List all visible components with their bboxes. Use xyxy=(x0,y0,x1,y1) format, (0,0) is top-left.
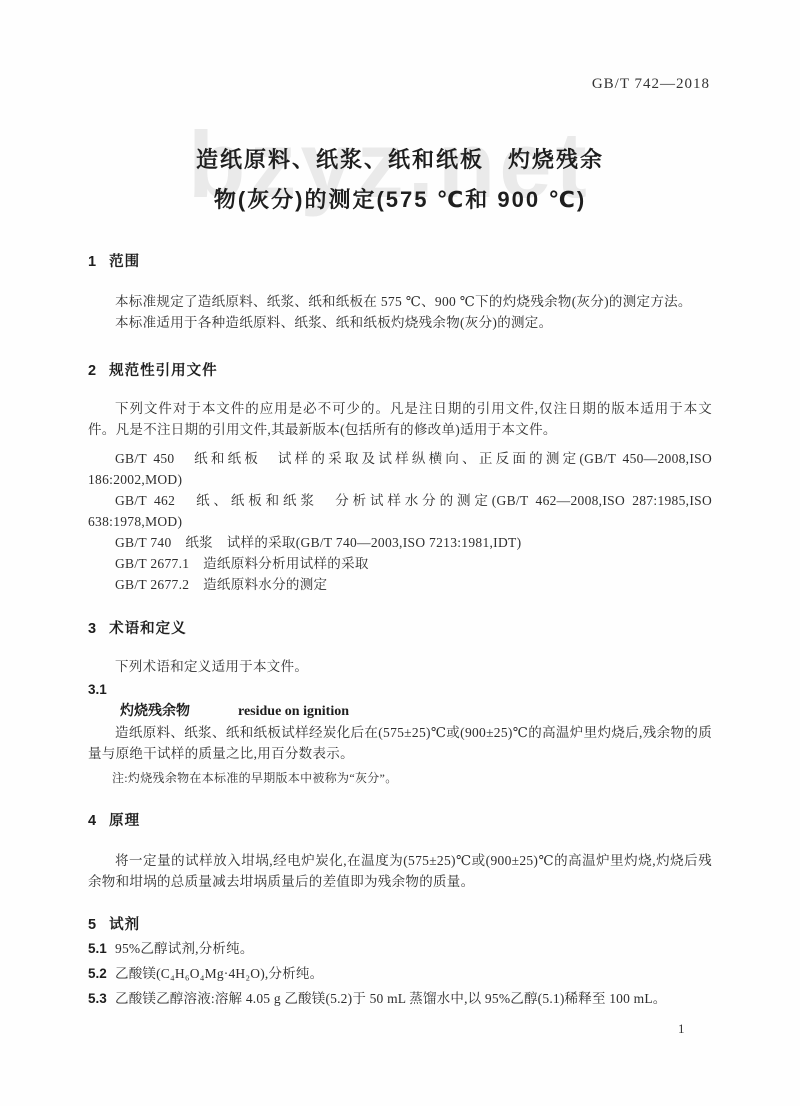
term-english: residue on ignition xyxy=(206,701,349,722)
section-number: 1 xyxy=(88,254,97,270)
section-number: 5 xyxy=(88,917,97,933)
term-definition-text: 造纸原料、纸浆、纸和纸板试样经炭化后在(575±25)℃或(900±25)℃的高… xyxy=(88,722,712,764)
term-item-number: 3.1 xyxy=(88,679,712,700)
page-number: 1 xyxy=(678,1021,685,1037)
section-number: 4 xyxy=(88,813,97,829)
reagent-item: 5.2 乙酸镁(C₄H₆O₄Mg·4H₂O),分析纯。 xyxy=(88,963,712,984)
document-title-line1: 造纸原料、纸浆、纸和纸板 灼烧残余 xyxy=(0,140,800,180)
terms-intro: 下列术语和定义适用于本文件。 xyxy=(88,656,712,677)
document-body: 1 范围 本标准规定了造纸原料、纸浆、纸和纸板在 575 ℃、900 ℃下的灼烧… xyxy=(88,250,712,1009)
section-title: 规范性引用文件 xyxy=(109,359,218,380)
reagent-number: 5.3 xyxy=(88,988,115,1009)
reference-item: GB/T 462 纸、纸板和纸浆 分析试样水分的测定(GB/T 462—2008… xyxy=(88,490,712,532)
term-note: 注:灼烧残余物在本标准的早期版本中被称为“灰分”。 xyxy=(88,769,712,787)
section-number: 3 xyxy=(88,621,97,637)
reference-item: GB/T 740 纸浆 试样的采取(GB/T 740—2003,ISO 7213… xyxy=(88,532,712,553)
document-page: GB/T 742—2018 bzyz.net 造纸原料、纸浆、纸和纸板 灼烧残余… xyxy=(0,0,800,1106)
reagent-text: 95%乙醇试剂,分析纯。 xyxy=(115,938,254,959)
reagent-item: 5.3 乙酸镁乙醇溶液:溶解 4.05 g 乙酸镁(5.2)于 50 mL 蒸馏… xyxy=(88,988,712,1009)
section-number: 2 xyxy=(88,363,97,379)
scope-paragraph-2: 本标准适用于各种造纸原料、纸浆、纸和纸板灼烧残余物(灰分)的测定。 xyxy=(88,312,712,333)
section-title: 术语和定义 xyxy=(109,617,187,638)
section-heading-principle: 4 原理 xyxy=(88,809,712,830)
reference-item: GB/T 450 纸和纸板 试样的采取及试样纵横向、正反面的测定(GB/T 45… xyxy=(88,448,712,490)
normative-intro: 下列文件对于本文件的应用是必不可少的。凡是注日期的引用文件,仅注日期的版本适用于… xyxy=(88,398,712,440)
section-title: 试剂 xyxy=(109,913,140,934)
reference-item: GB/T 2677.1 造纸原料分析用试样的采取 xyxy=(88,553,712,574)
section-heading-terms: 3 术语和定义 xyxy=(88,617,712,638)
reagent-text: 乙酸镁(C₄H₆O₄Mg·4H₂O),分析纯。 xyxy=(115,963,323,984)
section-title: 范围 xyxy=(109,250,140,271)
section-heading-reagents: 5 试剂 xyxy=(88,913,712,934)
reagent-text: 乙酸镁乙醇溶液:溶解 4.05 g 乙酸镁(5.2)于 50 mL 蒸馏水中,以… xyxy=(115,988,667,1009)
term-definition-heading: 灼烧残余物 residue on ignition xyxy=(88,700,712,722)
reagent-item: 5.1 95%乙醇试剂,分析纯。 xyxy=(88,938,712,959)
reagent-number: 5.1 xyxy=(88,938,115,959)
term-chinese: 灼烧残余物 xyxy=(88,700,190,721)
section-title: 原理 xyxy=(109,809,140,830)
reference-item: GB/T 2677.2 造纸原料水分的测定 xyxy=(88,574,712,595)
reagent-number: 5.2 xyxy=(88,963,115,984)
section-heading-scope: 1 范围 xyxy=(88,250,712,271)
principle-paragraph: 将一定量的试样放入坩埚,经电炉炭化,在温度为(575±25)℃或(900±25)… xyxy=(88,850,712,892)
scope-paragraph-1: 本标准规定了造纸原料、纸浆、纸和纸板在 575 ℃、900 ℃下的灼烧残余物(灰… xyxy=(88,291,712,312)
document-title-line2: 物(灰分)的测定(575 ℃和 900 ℃) xyxy=(0,180,800,220)
document-title: 造纸原料、纸浆、纸和纸板 灼烧残余 物(灰分)的测定(575 ℃和 900 ℃) xyxy=(0,0,800,220)
section-heading-normative-references: 2 规范性引用文件 xyxy=(88,359,712,380)
